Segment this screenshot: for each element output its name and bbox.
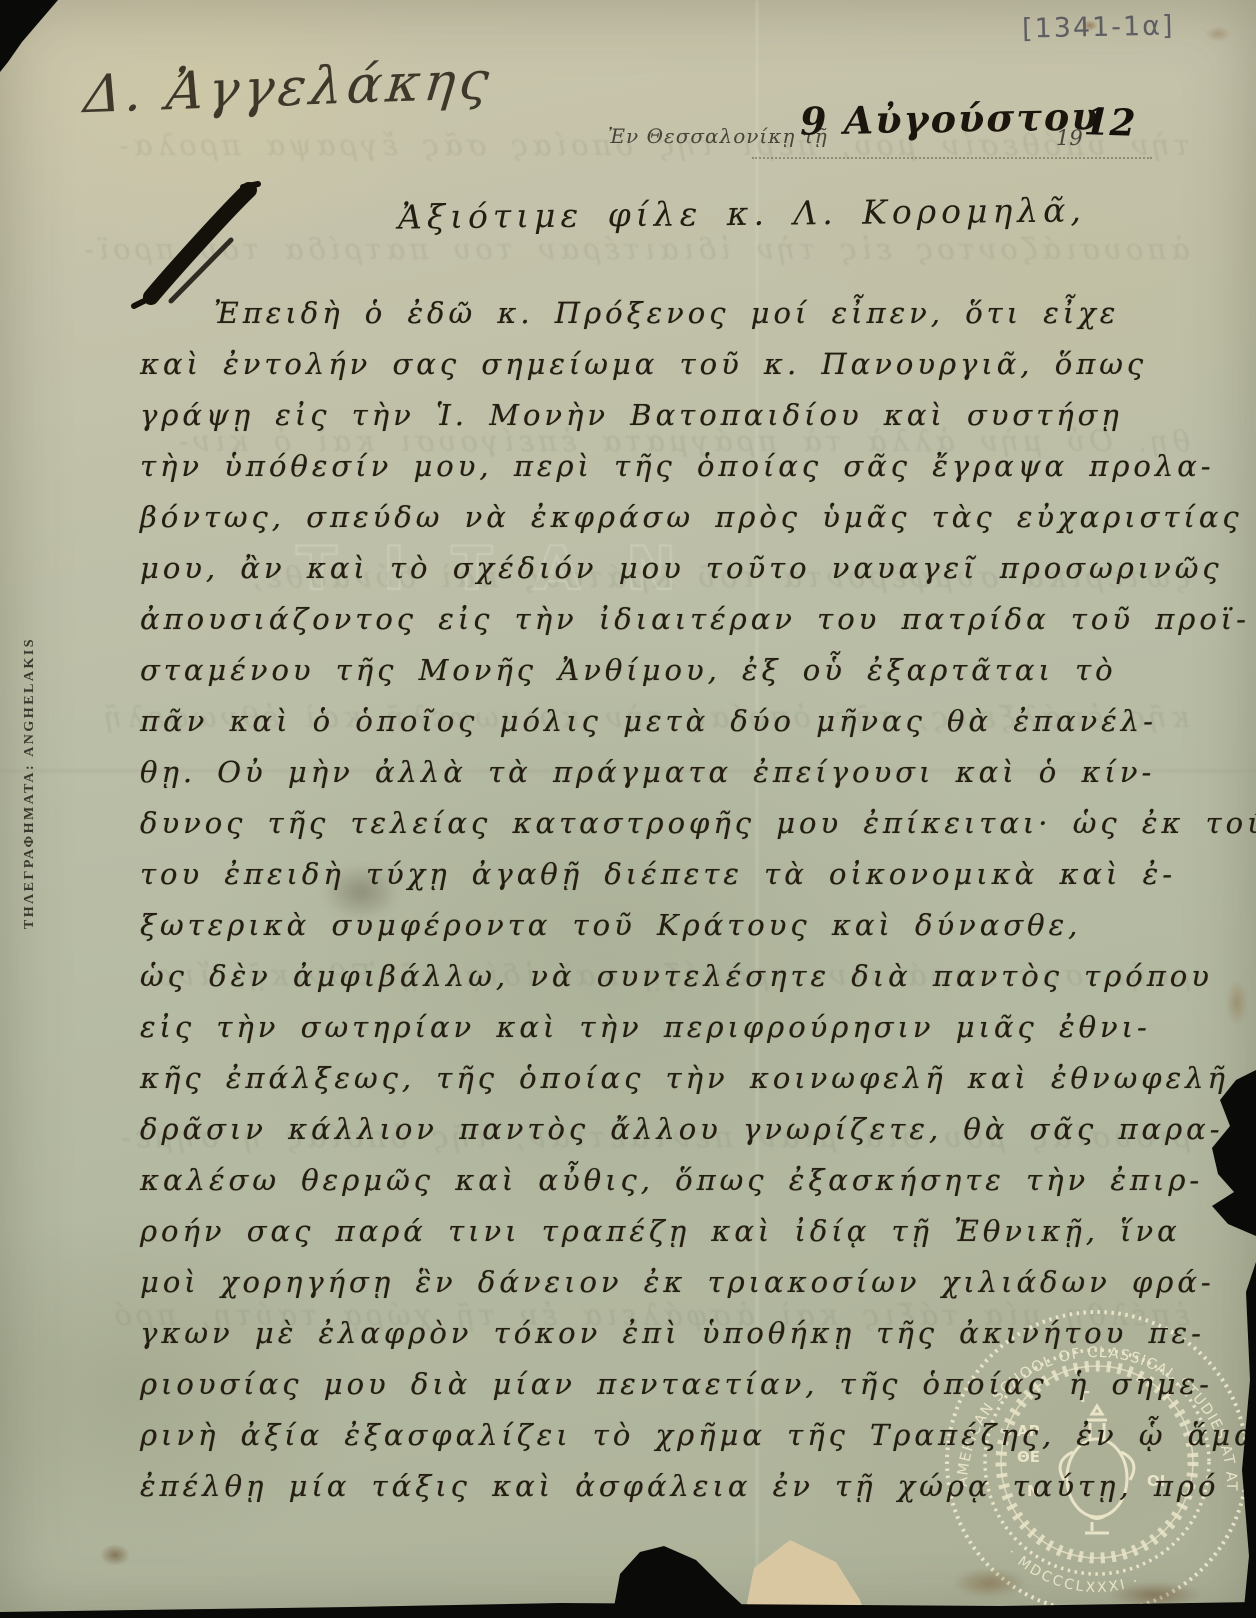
torn-blob-bottom (612, 1546, 754, 1618)
scanned-letter: τὴν ὑπόθεσίν μου, περὶ τῆς ὁποίας σᾶς ἔγ… (0, 0, 1256, 1618)
torn-edges-layer (0, 0, 1256, 1618)
torn-edge-right (1212, 1070, 1256, 1236)
torn-corner-top-left (0, 0, 58, 72)
torn-strip-right-bottom (1242, 1262, 1256, 1618)
